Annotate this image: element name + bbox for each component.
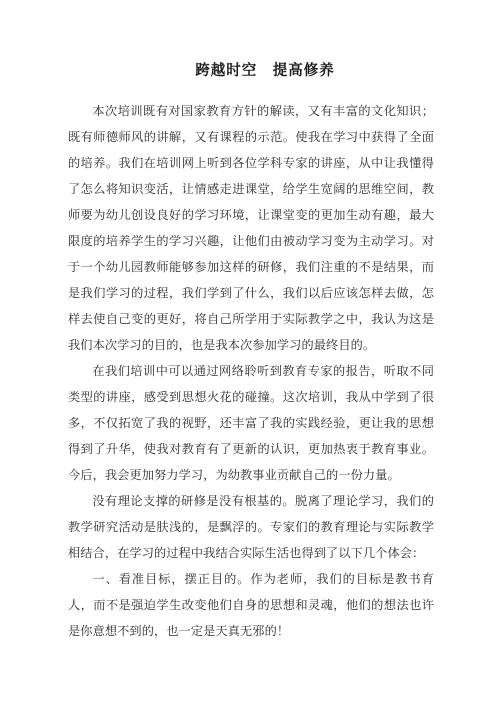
paragraph-intro: 本次培训既有对国家教育方针的解读，又有丰富的文化知识；既有师德师风的讲解，又有课…: [68, 98, 434, 358]
paragraph-point-one: 一、看准目标，摆正目的。作为老师，我们的目标是教书育人，而不是强迫学生改变他们自…: [68, 566, 434, 644]
document-page: 跨越时空 提高修养 本次培训既有对国家教育方针的解读，又有丰富的文化知识；既有师…: [0, 0, 500, 707]
paragraph-theory: 没有理论支撑的研修是没有根基的。脱离了理论学习，我们的教学研究活动是肤浅的，是飘…: [68, 488, 434, 566]
document-body: 跨越时空 提高修养 本次培训既有对国家教育方针的解读，又有丰富的文化知识；既有师…: [68, 58, 434, 644]
document-title: 跨越时空 提高修养: [82, 58, 448, 84]
paragraph-network-training: 在我们培训中可以通过网络聆听到教育专家的报告，听取不同类型的讲座，感受到思想火花…: [68, 358, 434, 488]
